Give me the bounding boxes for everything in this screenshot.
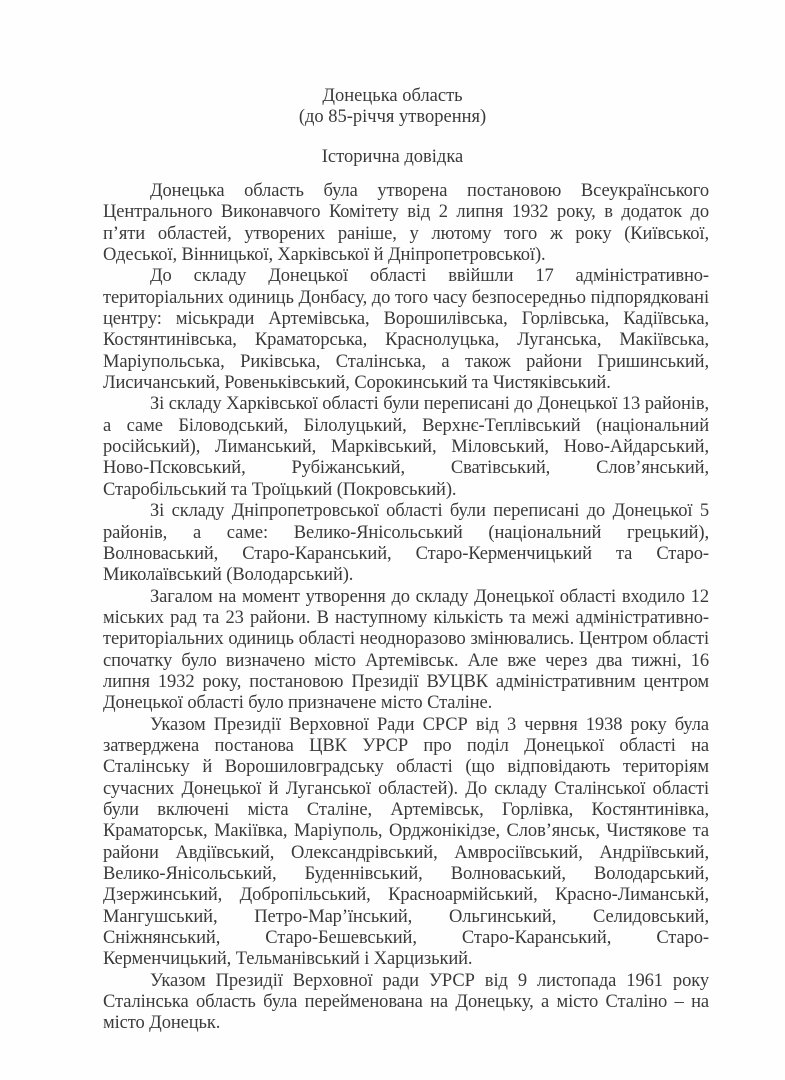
document-body: Донецька область була утворена постаново… — [103, 181, 709, 1035]
paragraph-formation: Донецька область була утворена постаново… — [103, 181, 709, 266]
paragraph-initial-units: До складу Донецької області ввійшли 17 а… — [103, 266, 709, 394]
paragraph-kharkiv-districts: Зі складу Харківської області були переп… — [103, 394, 709, 501]
paragraph-1938-division: Указом Президії Верховної Ради СРСР від … — [103, 715, 709, 971]
paragraph-administrative-center: Загалом на момент утворення до складу До… — [103, 587, 709, 715]
document-page: Донецька область (до 85-річчя утворення)… — [0, 0, 785, 1080]
paragraph-dnipro-districts: Зі складу Дніпропетровської області були… — [103, 501, 709, 586]
document-title: Донецька область — [0, 86, 785, 107]
document-subtitle: Історична довідка — [0, 147, 785, 168]
paragraph-1961-renaming: Указом Президії Верховної ради УРСР від … — [103, 971, 709, 1035]
document-title-note: (до 85-річчя утворення) — [0, 107, 785, 128]
